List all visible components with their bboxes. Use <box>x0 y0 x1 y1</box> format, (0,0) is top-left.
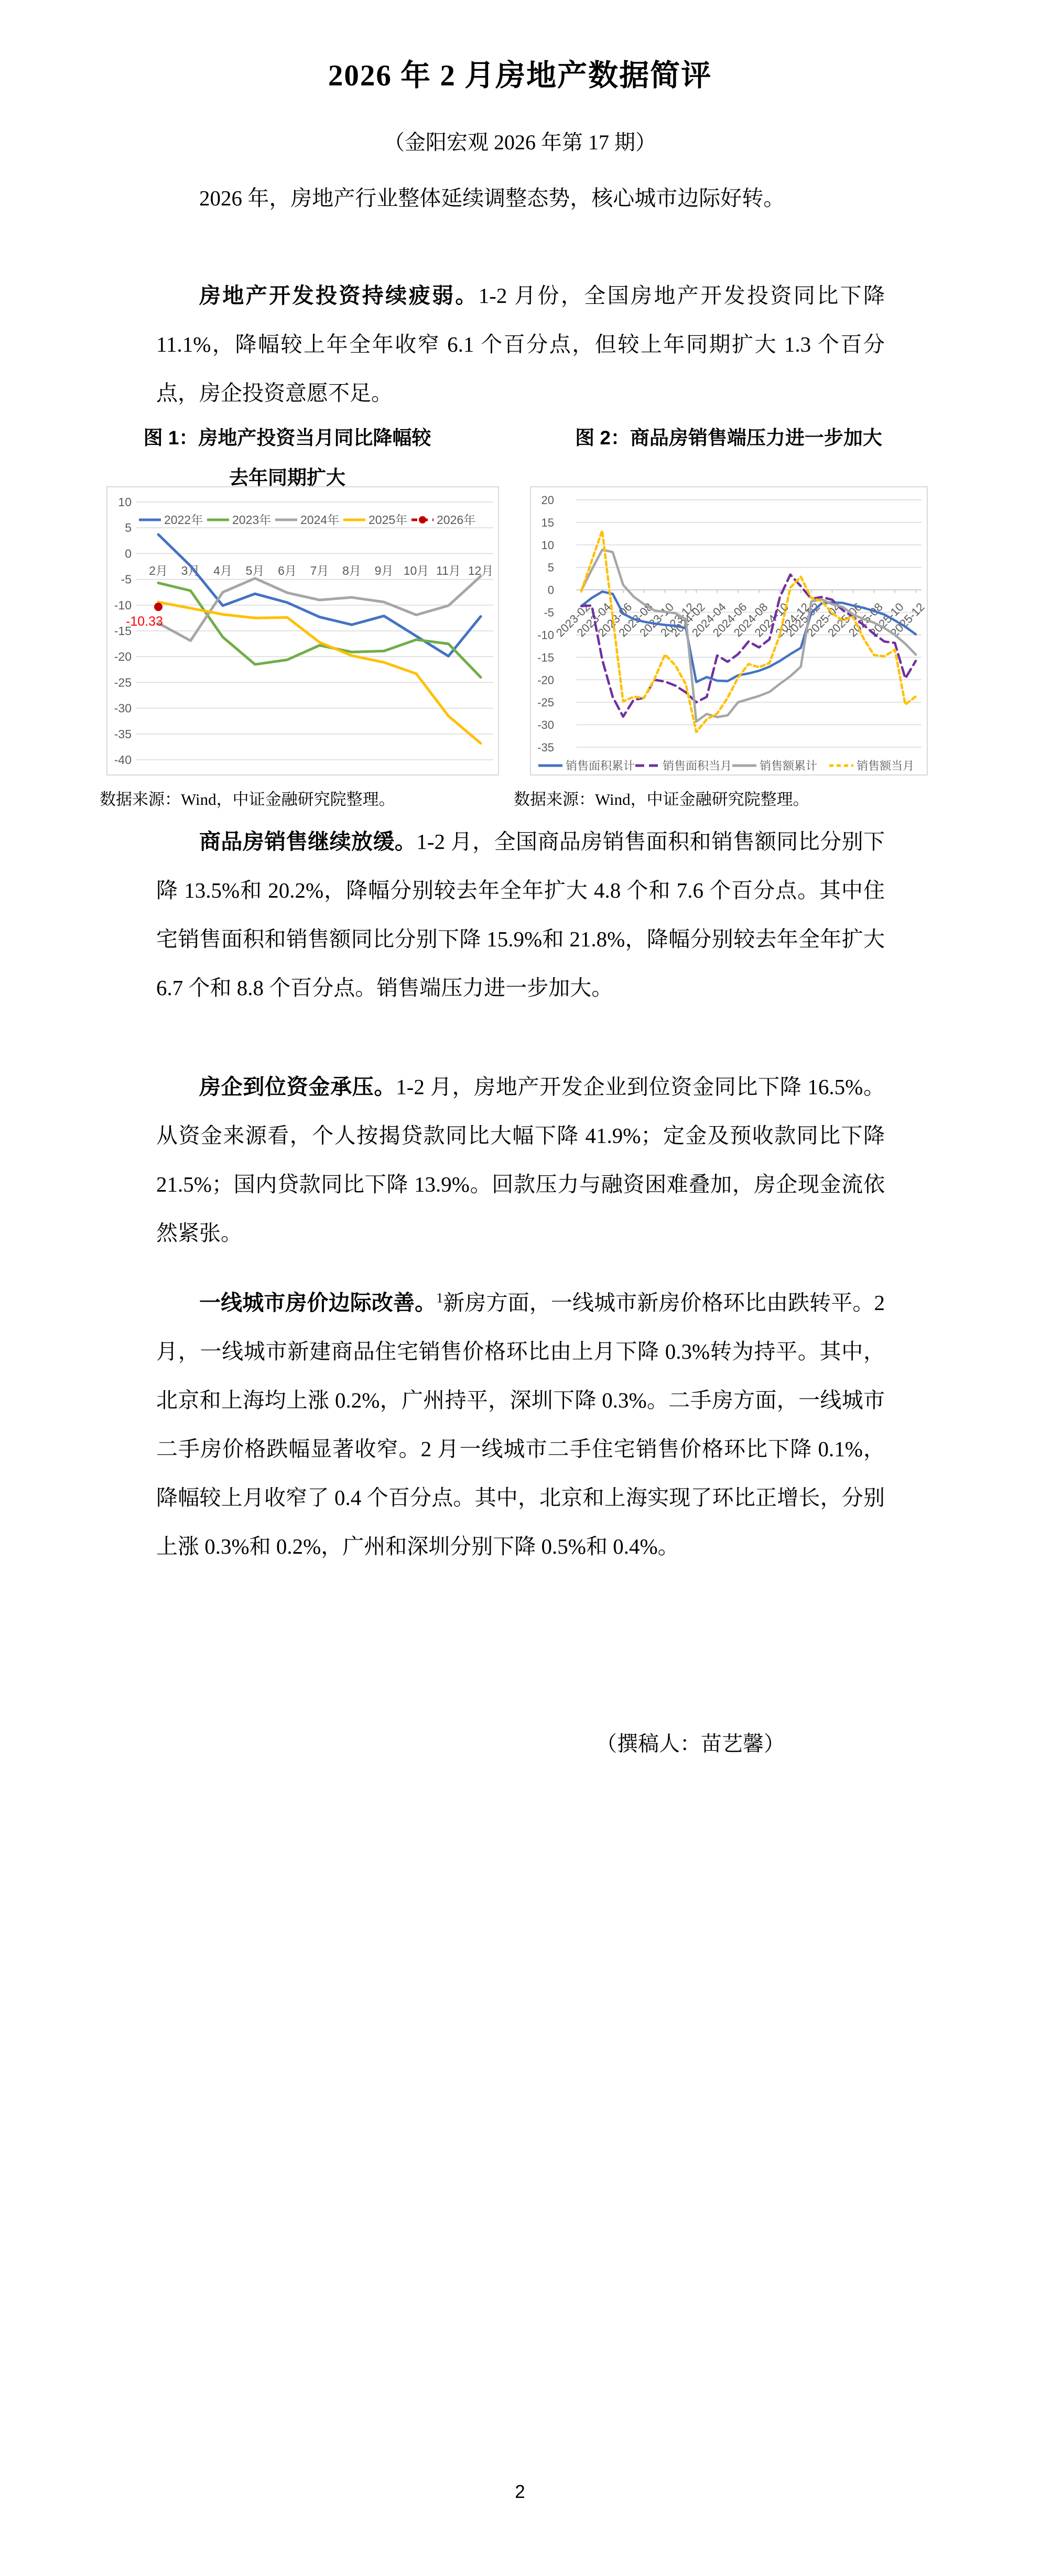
paragraph-prices: 一线城市房价边际改善。1新房方面，一线城市新房价格环比由跌转平。2 月，一线城市… <box>156 1279 885 1571</box>
svg-text:-20: -20 <box>114 650 132 663</box>
svg-text:15: 15 <box>541 516 554 529</box>
svg-text:9月: 9月 <box>375 564 394 577</box>
svg-text:10: 10 <box>541 539 554 552</box>
page-title: 2026 年 2 月房地产数据简评 <box>0 51 1040 94</box>
svg-text:20: 20 <box>541 494 554 507</box>
svg-text:8月: 8月 <box>342 564 361 577</box>
svg-text:-25: -25 <box>114 675 132 689</box>
svg-text:4月: 4月 <box>213 564 232 577</box>
svg-text:10: 10 <box>118 495 132 509</box>
svg-text:-30: -30 <box>537 718 554 732</box>
paragraph-text: 2026 年，房地产行业整体延续调整态势，核心城市边际好转。 <box>199 186 785 210</box>
svg-text:销售面积累计: 销售面积累计 <box>566 759 635 772</box>
svg-text:2022年: 2022年 <box>164 513 203 527</box>
svg-text:10月: 10月 <box>404 564 429 577</box>
document-page: 2026 年 2 月房地产数据简评 （金阳宏观 2026 年第 17 期） 20… <box>0 0 1040 2576</box>
paragraph-lead: 房地产开发投资持续疲弱。 <box>199 283 479 308</box>
paragraph-funding: 房企到位资金承压。1-2 月，房地产开发企业到位资金同比下降 16.5%。从资金… <box>156 1063 885 1258</box>
paragraph-lead: 一线城市房价边际改善。 <box>199 1291 436 1315</box>
page-subtitle: （金阳宏观 2026 年第 17 期） <box>0 126 1040 156</box>
paragraph-lead: 房企到位资金承压。 <box>199 1075 396 1099</box>
svg-text:7月: 7月 <box>310 564 329 577</box>
svg-text:2023年: 2023年 <box>232 513 271 527</box>
svg-text:-35: -35 <box>537 741 554 754</box>
svg-text:-30: -30 <box>114 702 132 715</box>
paragraph-lead: 商品房销售继续放缓。 <box>199 829 416 854</box>
svg-text:6月: 6月 <box>278 564 297 577</box>
page-number: 2 <box>0 2482 1040 2503</box>
figure2-source: 数据来源：Wind，中证金融研究院整理。 <box>514 786 809 810</box>
svg-text:-5: -5 <box>121 573 132 586</box>
paragraph-text: 新房方面，一线城市新房价格环比由跌转平。2 月，一线城市新建商品住宅销售价格环比… <box>156 1291 885 1558</box>
svg-text:-10.33: -10.33 <box>126 614 163 629</box>
svg-text:销售额当月: 销售额当月 <box>857 759 914 772</box>
footnote-marker: 1 <box>436 1290 443 1305</box>
paragraph-investment: 房地产开发投资持续疲弱。1-2 月份，全国房地产开发投资同比下降 11.1%，降… <box>156 271 885 418</box>
paragraph-intro: 2026 年，房地产行业整体延续调整态势，核心城市边际好转。 <box>156 174 885 223</box>
author-signature: （撰稿人：苗艺馨） <box>596 1727 785 1757</box>
svg-text:2025年: 2025年 <box>369 513 407 527</box>
svg-text:5: 5 <box>125 521 132 534</box>
svg-text:2026年: 2026年 <box>437 513 475 527</box>
svg-text:5月: 5月 <box>246 564 265 577</box>
paragraph-text: 1-2 月，房地产开发企业到位资金同比下降 16.5%。从资金来源看，个人按揭贷… <box>156 1075 885 1245</box>
svg-text:-20: -20 <box>537 673 554 686</box>
svg-text:销售面积当月: 销售面积当月 <box>663 759 732 772</box>
svg-text:-10: -10 <box>114 598 132 612</box>
figure1-chart: 1050-5-10-15-20-25-30-35-402月3月4月5月6月7月8… <box>106 486 499 776</box>
svg-text:-35: -35 <box>114 727 132 741</box>
svg-text:-5: -5 <box>544 606 554 619</box>
svg-text:5: 5 <box>548 561 554 574</box>
svg-text:11月: 11月 <box>436 564 461 577</box>
svg-text:0: 0 <box>548 584 554 597</box>
sales-line-chart: 20151050-5-10-15-20-25-30-352023-022023-… <box>531 487 927 774</box>
svg-text:2024年: 2024年 <box>300 513 339 527</box>
svg-text:0: 0 <box>125 547 132 560</box>
investment-line-chart: 1050-5-10-15-20-25-30-35-402月3月4月5月6月7月8… <box>107 487 498 774</box>
svg-text:-10: -10 <box>537 628 554 641</box>
paragraph-sales: 商品房销售继续放缓。1-2 月，全国商品房销售面积和销售额同比分别下降 13.5… <box>156 817 885 1012</box>
svg-text:销售额累计: 销售额累计 <box>760 759 817 772</box>
svg-text:2月: 2月 <box>149 564 168 577</box>
paragraph-text: 1-2 月，全国商品房销售面积和销售额同比分别下降 13.5%和 20.2%，降… <box>156 829 885 1000</box>
svg-text:-40: -40 <box>114 753 132 767</box>
figure1-source: 数据来源：Wind，中证金融研究院整理。 <box>100 786 395 810</box>
svg-text:-15: -15 <box>537 651 554 664</box>
figure2-caption: 图 2：商品房销售端压力进一步加大 <box>545 418 912 458</box>
figure2-chart: 20151050-5-10-15-20-25-30-352023-022023-… <box>530 486 928 776</box>
svg-text:-25: -25 <box>537 696 554 709</box>
